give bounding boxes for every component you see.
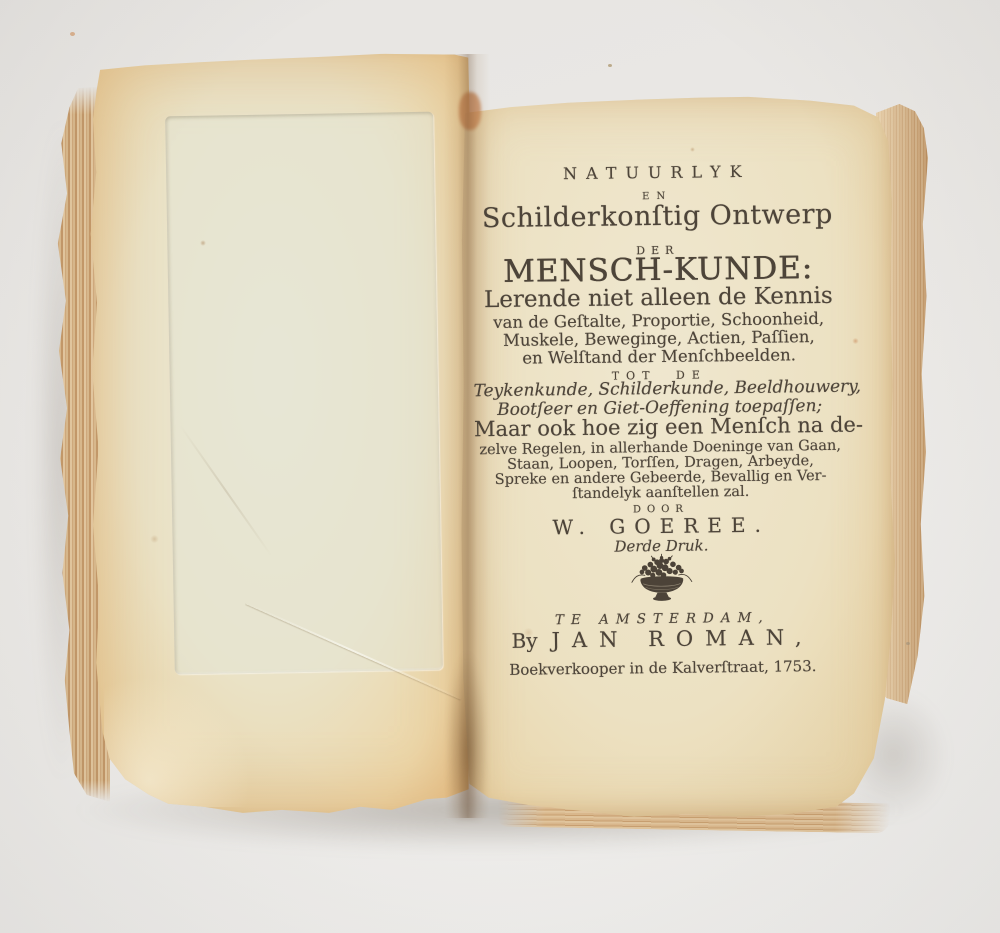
foxing-spot (200, 240, 206, 246)
publisher-name: JAN ROMAN, (551, 625, 813, 652)
series-title-line: Schilderkonſtig Ontwerp (471, 201, 843, 233)
imprint-address-line: Boekverkooper in de Kalverſtraat, 1753. (477, 659, 849, 679)
dust-speck (608, 64, 612, 67)
series-caps-line: NATUURLYK (471, 163, 843, 184)
foxing-spot (852, 338, 859, 344)
photo-backdrop: NATUURLYK EN Schilderkonſtig Ontwerp DER… (0, 0, 1000, 933)
flower-basket-ornament (476, 550, 849, 607)
author-name: W. GOEREE. (475, 514, 847, 539)
paragraph-line: Maar ook hoe zig een Menſch na de- (474, 415, 846, 441)
title-page-text-block: NATUURLYK EN Schilderkonſtig Ontwerp DER… (471, 148, 850, 713)
publisher-prefix: By (511, 629, 537, 653)
paragraph-line: ſtandelyk aanſtellen zal. (475, 484, 847, 503)
subtitle-detail-line: en Welſtand der Menſchbeelden. (473, 347, 845, 368)
dust-speck (70, 32, 75, 36)
blank-verso-page (86, 50, 478, 816)
subtitle-line: Lerende niet alleen de Kennis (472, 285, 844, 313)
foxing-spot (150, 535, 159, 543)
plate-impression (165, 112, 443, 675)
imprint-publisher-line: ByJAN ROMAN, (476, 627, 848, 653)
dust-speck (906, 642, 910, 645)
